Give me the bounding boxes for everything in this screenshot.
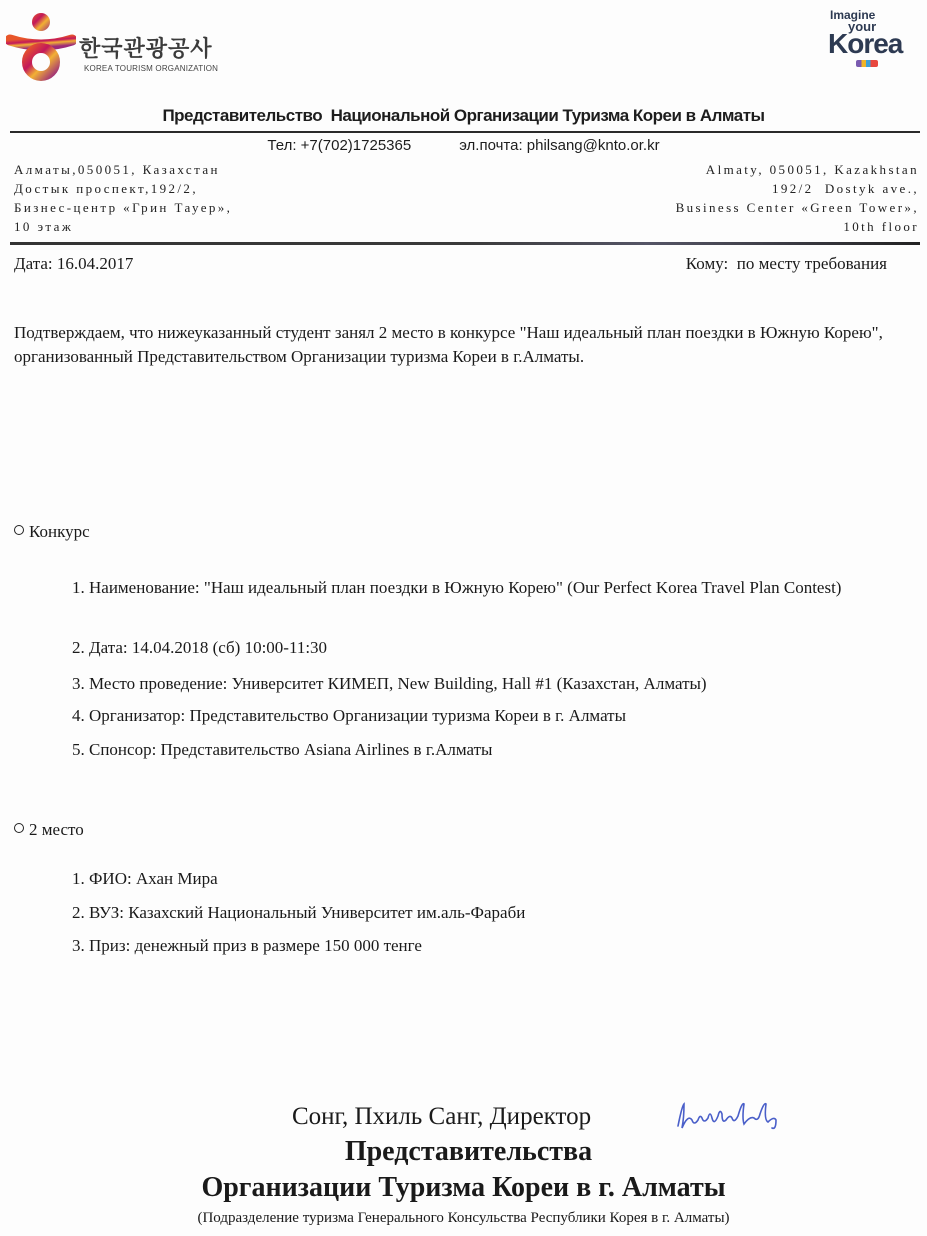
kto-english-name: KOREA TOURISM ORGANIZATION <box>84 64 218 73</box>
address-line: 10th floor <box>676 217 919 236</box>
contest-heading-text: Конкурс <box>29 522 90 541</box>
address-line: Almaty, 050051, Kazakhstan <box>676 160 919 179</box>
phone-number: Тел: +7(702)1725365 <box>267 137 411 154</box>
winner-prize: 3. Приз: денежный приз в размере 150 000… <box>72 936 422 956</box>
logo-korea-text: Korea <box>828 28 902 60</box>
kto-korean-name: 한국관광공사 <box>79 32 213 63</box>
letterhead-divider <box>10 242 920 245</box>
address-russian: Алматы,050051, Казахстан Достык проспект… <box>14 160 232 236</box>
place-section-heading: 2 место <box>14 820 84 840</box>
address-line: 192/2 Dostyk ave., <box>676 179 919 198</box>
addressee: Кому: по месту требования <box>686 254 887 274</box>
address-english: Almaty, 050051, Kazakhstan 192/2 Dostyk … <box>676 160 919 236</box>
letterhead-title: Представительство Национальной Организац… <box>0 106 927 126</box>
imagine-your-korea-logo: Imagine your Korea <box>818 8 913 73</box>
email-address: эл.почта: philsang@knto.or.kr <box>459 137 659 154</box>
contest-section-heading: Конкурс <box>14 522 90 542</box>
kto-emblem-icon <box>6 10 76 82</box>
header-divider <box>10 131 920 133</box>
circle-bullet-icon <box>14 525 24 535</box>
logo-color-stripe <box>856 60 878 67</box>
intro-paragraph: Подтверждаем, что нижеуказанный студент … <box>14 321 914 369</box>
contact-line: Тел: +7(702)1725365эл.почта: philsang@kn… <box>0 137 927 154</box>
handwritten-signature-icon <box>672 1096 802 1136</box>
address-line: 10 этаж <box>14 217 232 236</box>
place-heading-text: 2 место <box>29 820 84 839</box>
signatory-org-line-1: Представительства <box>0 1136 927 1168</box>
signatory-org-line-2: Организации Туризма Кореи в г. Алматы <box>0 1172 927 1204</box>
signatory-subtitle: (Подразделение туризма Генерального Конс… <box>0 1210 927 1227</box>
winner-university: 2. ВУЗ: Казахский Национальный Университ… <box>72 903 525 923</box>
address-line: Бизнес-центр «Грин Тауер», <box>14 198 232 217</box>
contest-item-name: 1. Наименование: "Наш идеальный план пое… <box>14 570 919 606</box>
contest-item-venue: 3. Место проведение: Университет КИМЕП, … <box>72 674 707 694</box>
address-line: Достык проспект,192/2, <box>14 179 232 198</box>
document-date: Дата: 16.04.2017 <box>14 254 133 274</box>
circle-bullet-icon <box>14 823 24 833</box>
address-line: Алматы,050051, Казахстан <box>14 160 232 179</box>
kto-logo: 한국관광공사 KOREA TOURISM ORGANIZATION <box>6 10 236 80</box>
address-line: Business Center «Green Tower», <box>676 198 919 217</box>
winner-name: 1. ФИО: Ахан Мира <box>72 869 218 889</box>
contest-item-organizer: 4. Организатор: Представительство Органи… <box>72 706 626 726</box>
contest-item-sponsor: 5. Спонсор: Представительство Asiana Air… <box>72 740 492 760</box>
contest-item-date: 2. Дата: 14.04.2018 (сб) 10:00-11:30 <box>72 638 327 658</box>
signatory-name: Сонг, Пхиль Санг, Директор <box>292 1103 591 1131</box>
